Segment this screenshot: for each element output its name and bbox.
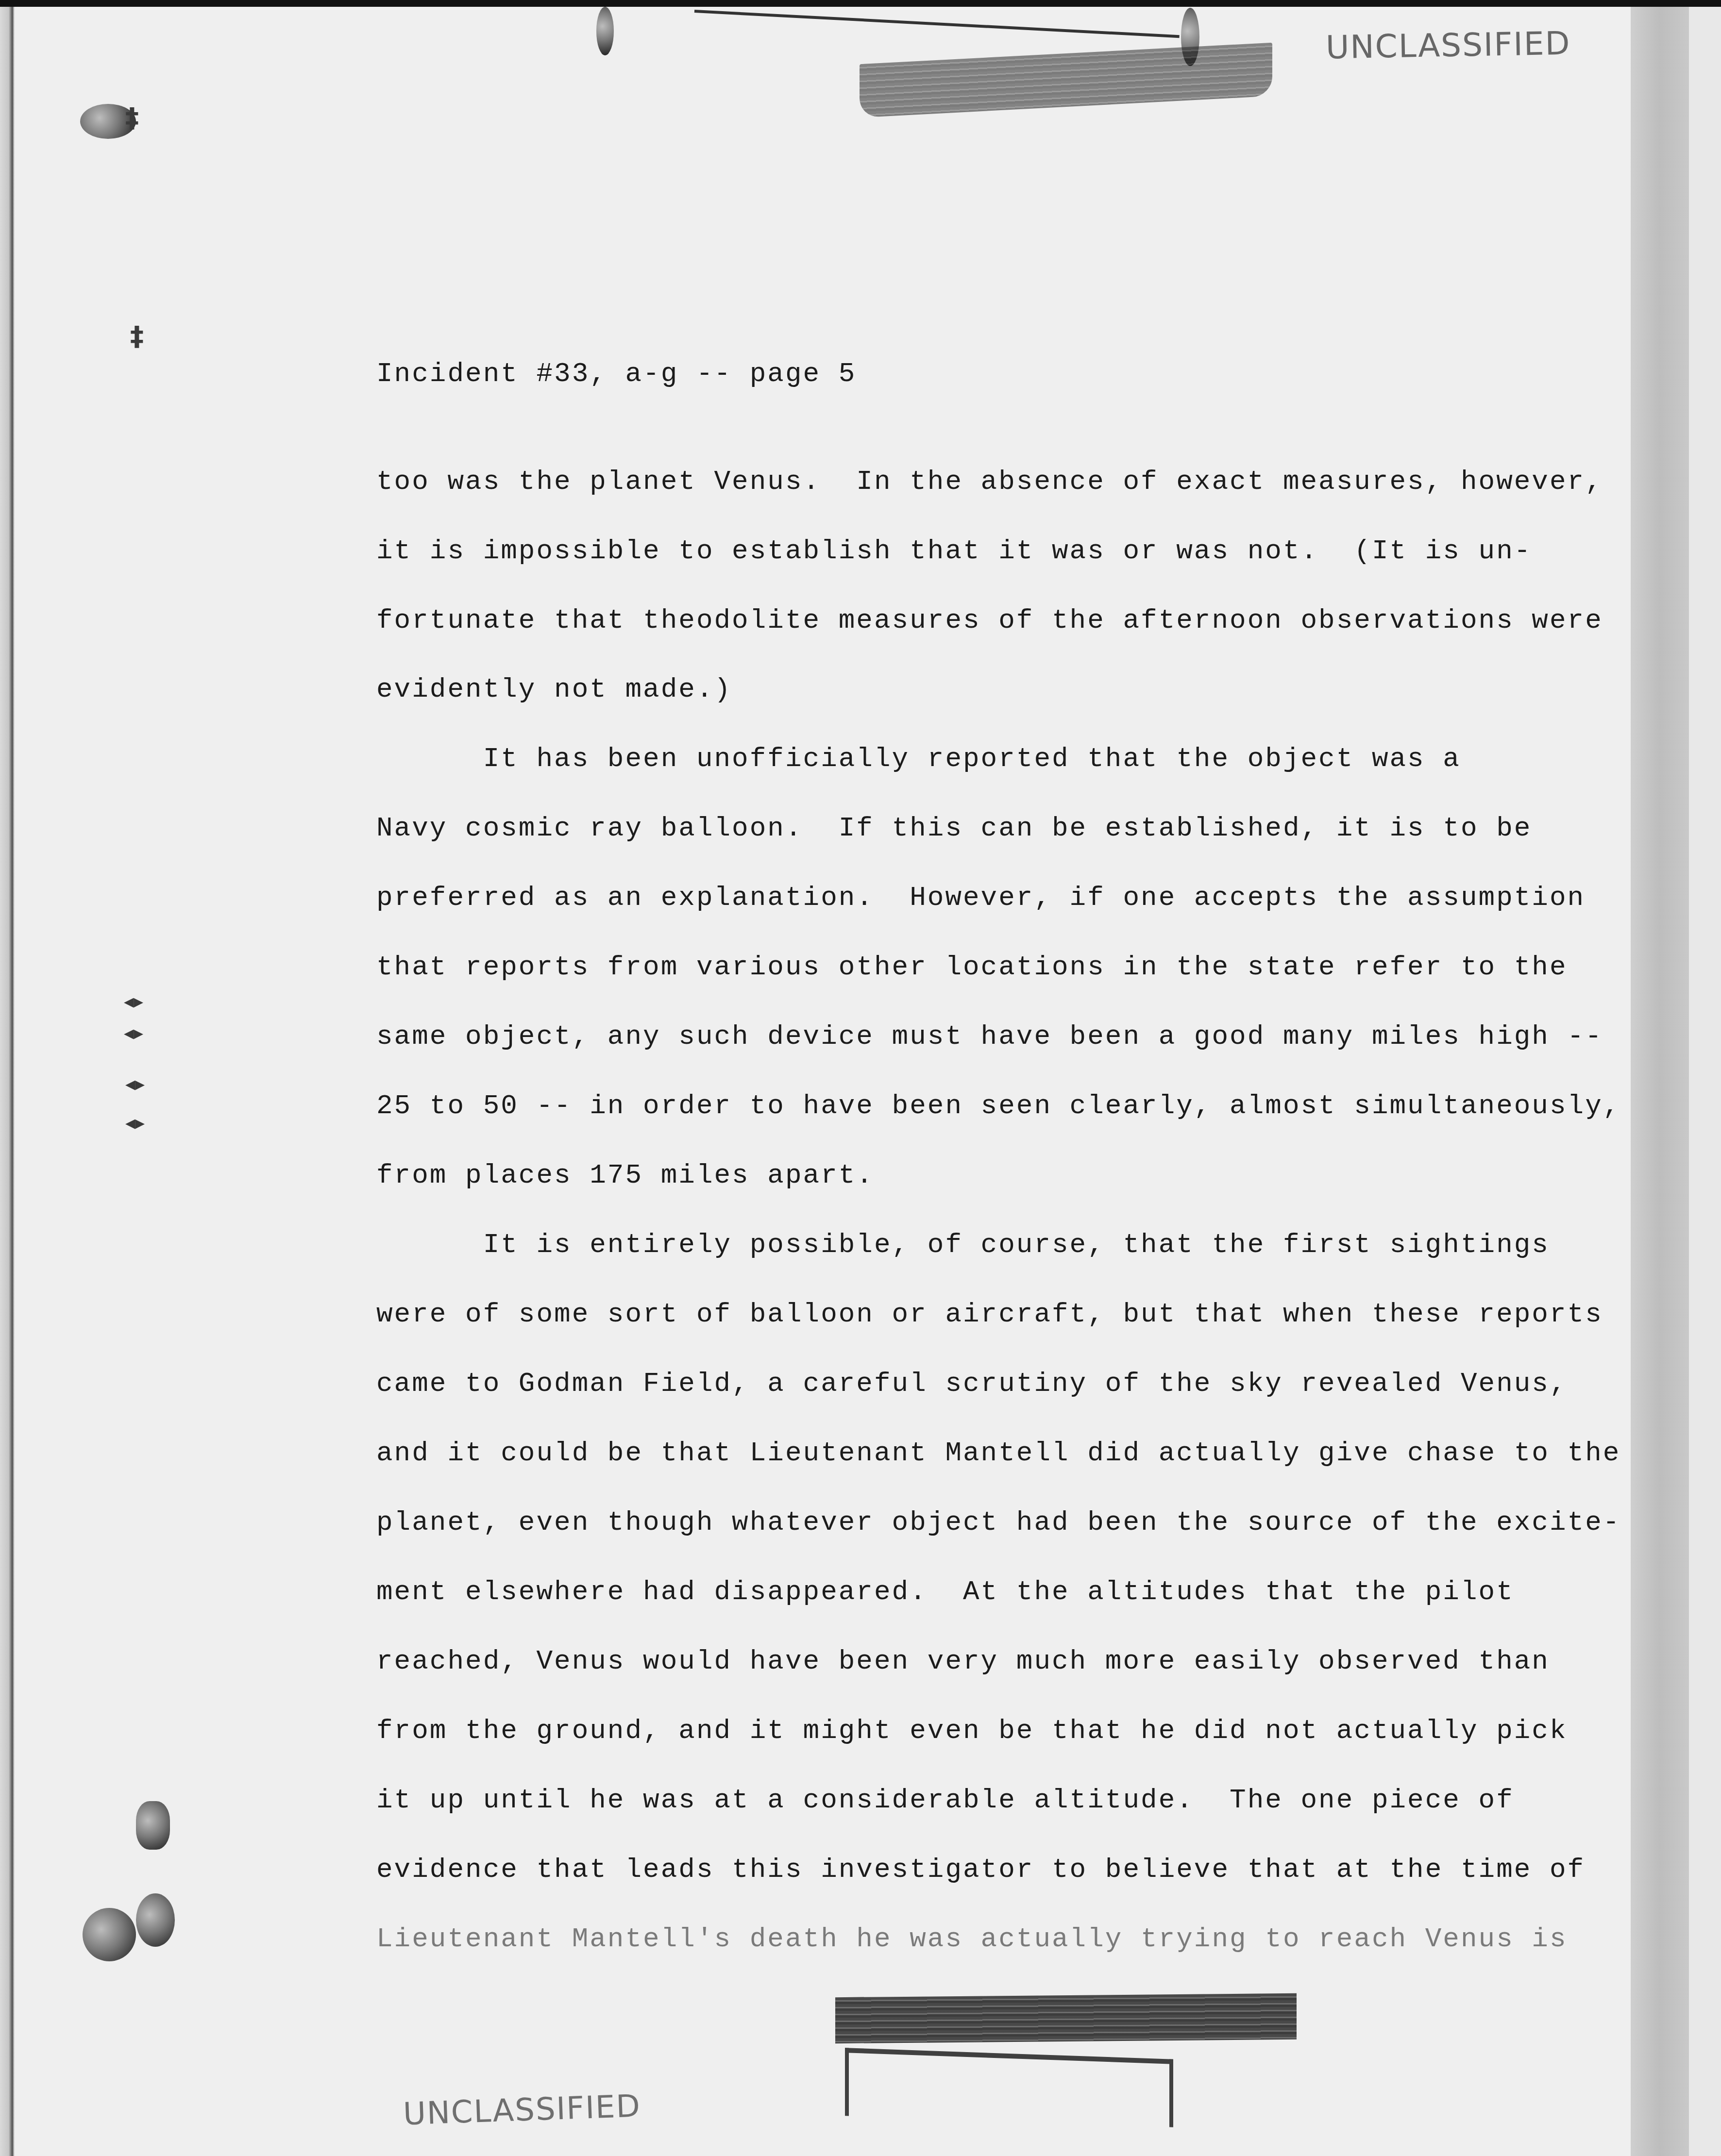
text-line: it is impossible to establish that it wa… (376, 535, 1532, 567)
text-line: planet, even though whatever object had … (376, 1507, 1620, 1538)
punch-hole-mark (136, 1893, 175, 1947)
classification-stamp-top: UNCLASSIFIED (1325, 25, 1571, 67)
text-line: Lieutenant Mantell's death he was actual… (376, 1923, 1568, 1955)
redaction-block (835, 1993, 1297, 2043)
text-line: preferred as an explanation. However, if… (376, 882, 1585, 913)
binder-clip-icon: ‡ (130, 320, 144, 352)
binder-arrow-icon: ◂▸ (124, 990, 143, 1013)
text-line: fortunate that theodolite measures of th… (376, 605, 1603, 636)
text-line: too was the planet Venus. In the absence… (376, 466, 1603, 497)
text-line: that reports from various other location… (376, 952, 1568, 983)
punch-hole-mark (83, 1908, 136, 1961)
text-line: from places 175 miles apart. (376, 1160, 874, 1191)
document-body: Incident #33, a-g -- page 5 too was the … (376, 0, 412, 746)
punch-hole-mark (596, 7, 614, 55)
scan-top-border (0, 0, 1721, 7)
binder-arrow-icon: ◂▸ (124, 1022, 143, 1044)
punch-hole-mark (136, 1801, 170, 1850)
text-line: and it could be that Lieutenant Mantell … (376, 1437, 1620, 1469)
text-line: 25 to 50 -- in order to have been seen c… (376, 1090, 1620, 1121)
text-line: Navy cosmic ray balloon. If this can be … (376, 813, 1532, 844)
scan-right-margin (1689, 7, 1721, 2156)
binder-arrow-icon: ◂▸ (125, 1073, 145, 1095)
document-page (14, 7, 1631, 2156)
page-header: Incident #33, a-g -- page 5 (376, 358, 856, 389)
text-line: It has been unofficially reported that t… (376, 743, 1461, 774)
text-line: It is entirely possible, of course, that… (376, 1229, 1550, 1260)
text-line: ment elsewhere had disappeared. At the a… (376, 1576, 1514, 1607)
text-line: it up until he was at a considerable alt… (376, 1785, 1514, 1816)
binder-arrow-icon: ◂▸ (125, 1112, 145, 1134)
scan-left-edge (0, 7, 15, 2156)
text-line: evidently not made.) (376, 674, 732, 705)
text-line: from the ground, and it might even be th… (376, 1715, 1568, 1746)
text-line: were of some sort of balloon or aircraft… (376, 1299, 1603, 1330)
redaction-bracket (845, 2048, 1173, 2127)
scan-right-shadow (1631, 7, 1689, 2156)
text-line: came to Godman Field, a careful scrutiny… (376, 1368, 1568, 1399)
text-line: evidence that leads this investigator to… (376, 1854, 1585, 1885)
text-line: same object, any such device must have b… (376, 1021, 1603, 1052)
text-line: reached, Venus would have been very much… (376, 1646, 1550, 1677)
binder-clip-icon: ‡ (125, 102, 139, 134)
